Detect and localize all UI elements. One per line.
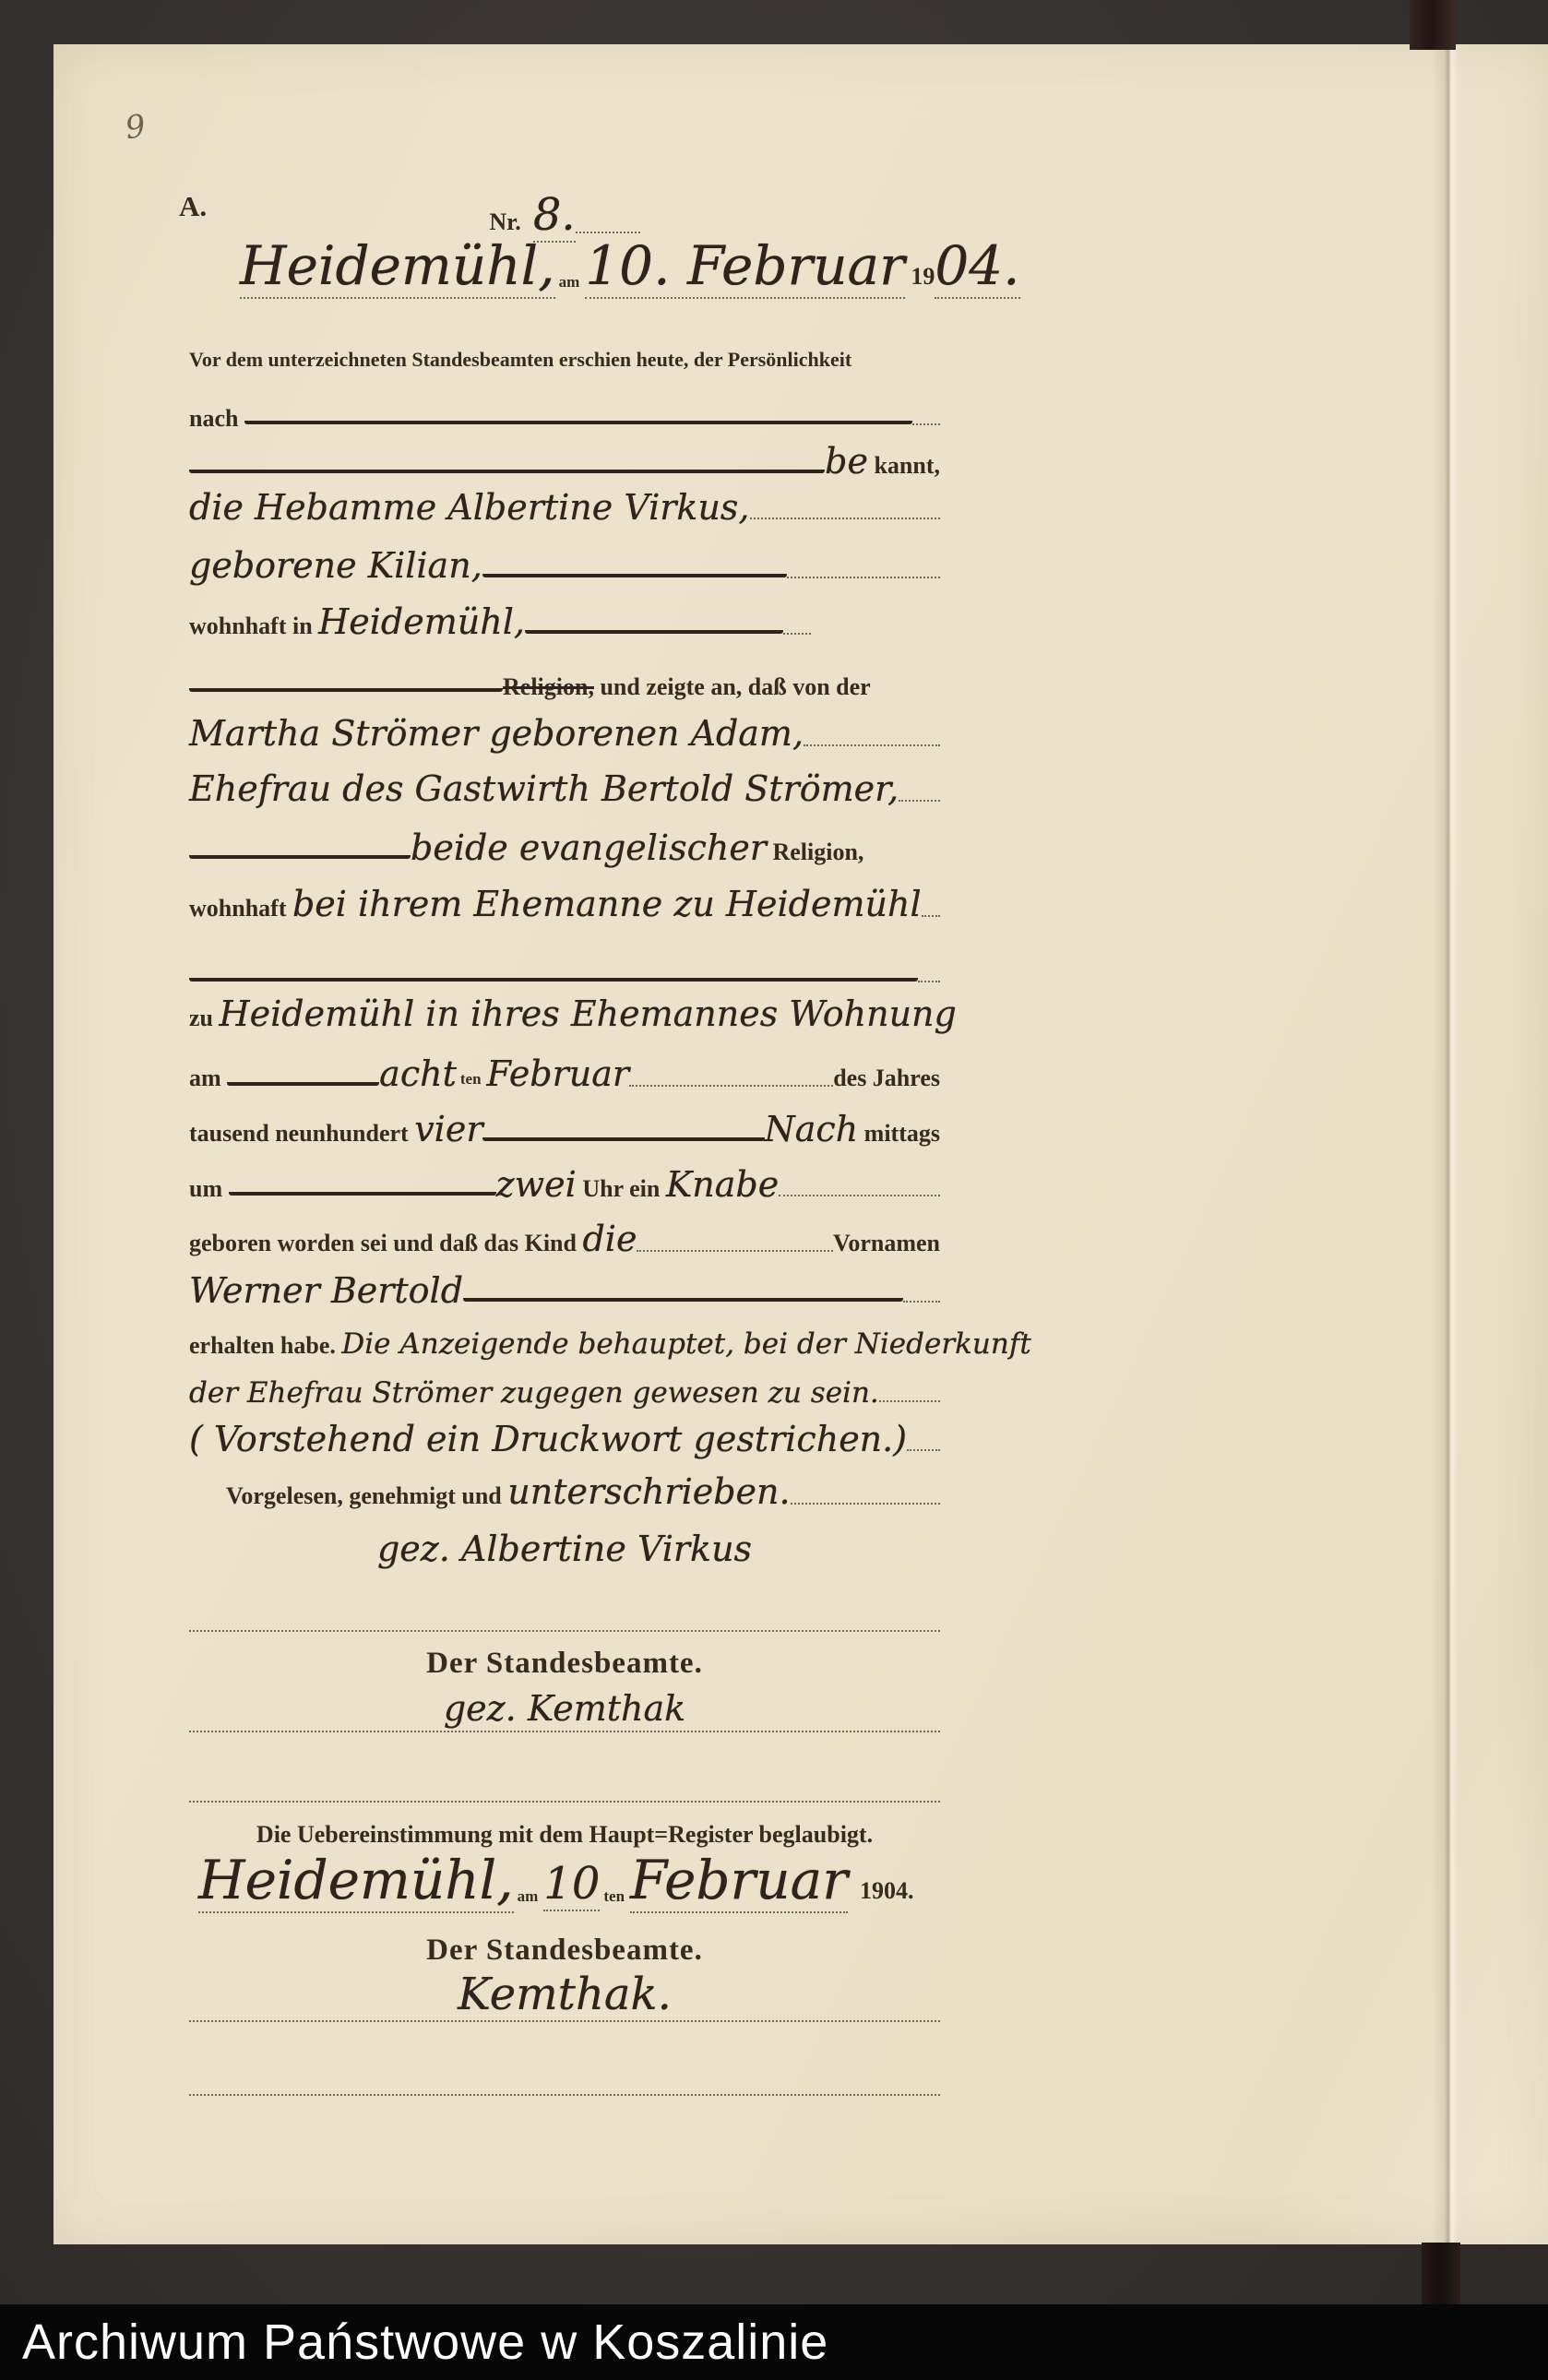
printed-text: Vorgelesen, genehmigt und (226, 1481, 507, 1512)
line-child-gender: geboren worden sei und daß das Kind dieV… (189, 1219, 940, 1261)
dotted-rule (912, 422, 940, 425)
printed-text: Nr. (489, 207, 532, 238)
printed-text: mittags (858, 1118, 940, 1149)
handwritten-text: Martha Strömer geborenen Adam, (189, 713, 804, 756)
dotted-rule (899, 798, 940, 802)
handwritten-text: ( Vorstehend ein Druckwort gestrichen.) (189, 1419, 907, 1461)
line-certification-date: Heidemühl,am10tenFebruar 1904. (189, 1850, 940, 1913)
handwritten-text: beide evangelischer (411, 827, 767, 870)
handwritten-text: 10. Februar (585, 235, 905, 299)
printed-text: wohnhaft (189, 893, 292, 924)
dotted-rule (903, 1299, 940, 1303)
ink-fill-line (229, 1188, 496, 1196)
ink-fill-line (227, 1078, 379, 1086)
line-certification: Die Uebereinstimmung mit dem Haupt=Regis… (189, 1819, 940, 1850)
line-registrar-title-1: Der Standesbeamte. (189, 1645, 940, 1683)
binding-mark-bottom (1422, 2243, 1460, 2307)
dotted-rule (804, 743, 940, 746)
handwritten-text: acht (379, 1053, 457, 1096)
dotted-rule (189, 2092, 940, 2096)
line-correction-note: ( Vorstehend ein Druckwort gestrichen.) (189, 1419, 940, 1461)
printed-text: wohnhaft in (189, 611, 318, 642)
dotted-rule (576, 230, 640, 233)
line-birthyear: tausend neunhundert vierNach mittags (189, 1109, 940, 1151)
handwritten-text: Heidemühl, (198, 1850, 514, 1913)
dotted-rule (189, 1799, 940, 1803)
binding-mark-top (1410, 0, 1456, 50)
handwritten-text: geborene Kilian, (189, 545, 482, 588)
dotted-rule (922, 913, 940, 917)
line-declarant-birthname: geborene Kilian, (189, 545, 940, 588)
printed-text: am (559, 274, 580, 290)
dotted-rule (918, 979, 940, 982)
dotted-rule (907, 1447, 940, 1451)
handwritten-text: 10 (543, 1859, 600, 1911)
corner-annotation: 9 (123, 108, 148, 148)
handwritten-text: gez. Kemthak (444, 1688, 685, 1731)
handwritten-text: die (582, 1219, 637, 1261)
ink-fill-line (244, 417, 912, 424)
ink-fill-line (189, 974, 918, 982)
dotted-rule (189, 1628, 940, 1632)
line-statement-1: erhalten habe. Die Anzeigende behauptet,… (189, 1327, 940, 1363)
printed-text: kannt, (868, 450, 940, 482)
printed-text: des Jahres (833, 1063, 940, 1094)
printed-text: Uhr ein (577, 1173, 666, 1205)
ink-fill-line (189, 684, 503, 692)
line-preamble: Vor dem unterzeichneten Standesbeamten e… (189, 347, 940, 374)
ink-fill-line (189, 851, 411, 859)
printed-text: am (189, 1063, 227, 1094)
line-rule-3 (189, 2092, 940, 2105)
handwritten-text: gez. Albertine Virkus (377, 1529, 752, 1571)
printed-text: Vor dem unterzeichneten Standesbeamten e… (189, 347, 851, 374)
ink-fill-line (463, 1294, 903, 1302)
handwritten-text: Kemthak. (458, 1969, 672, 2020)
ink-fill-line (482, 570, 787, 577)
handwritten-text: 04. (935, 235, 1019, 299)
dotted-rule (787, 575, 940, 578)
printed-text: nach (189, 403, 244, 434)
dotted-rule (783, 631, 811, 635)
printed-text: Der Standesbeamte. (426, 1932, 703, 1969)
printed-text: zu (189, 1003, 220, 1034)
handwritten-text: Heidemühl in ihres Ehemannes Wohnung (220, 994, 957, 1036)
handwritten-text: Knabe (666, 1164, 779, 1207)
printed-text: und zeigte an, daß von der (594, 672, 871, 703)
document-page: 9 A. Nr. 8.Heidemühl,am10. Februar 1904.… (54, 44, 1548, 2244)
handwritten-text: be (825, 441, 868, 483)
ink-fill-line (482, 1134, 764, 1141)
printed-text: Religion, (767, 837, 863, 868)
handwritten-text: Die Anzeigende behauptet, bei der Nieder… (341, 1327, 1030, 1363)
archive-label: Archiwum Państwowe w Koszalinie (0, 2314, 828, 2371)
line-signature-registrar-2: Kemthak. (189, 1969, 940, 2022)
ink-fill-line (189, 466, 825, 473)
line-rule-1 (189, 1628, 940, 1641)
document-content: Nr. 8.Heidemühl,am10. Februar 1904.Vor d… (189, 184, 940, 2105)
line-approval: Vorgelesen, genehmigt und unterschrieben… (189, 1471, 940, 1514)
printed-text: tausend neunhundert (189, 1118, 414, 1149)
line-mother-residence: wohnhaft bei ihrem Ehemanne zu Heidemühl (189, 884, 940, 926)
line-declarant: die Hebamme Albertine Virkus, (189, 487, 940, 530)
photo-background: 9 A. Nr. 8.Heidemühl,am10. Februar 1904.… (0, 0, 1548, 2380)
line-mother-husband: Ehefrau des Gastwirth Bertold Strömer, (189, 768, 940, 811)
printed-text: am (518, 1888, 539, 1904)
dotted-rule (637, 1248, 832, 1252)
handwritten-text: Heidemühl, (318, 601, 525, 644)
line-mother: Martha Strömer geborenen Adam, (189, 713, 940, 756)
handwritten-text: unterschrieben. (507, 1471, 790, 1514)
archive-watermark-bar: Archiwum Państwowe w Koszalinie (0, 2304, 1548, 2380)
line-birthplace: zu Heidemühl in ihres Ehemannes Wohnung (189, 994, 940, 1036)
handwritten-text: die Hebamme Albertine Virkus, (189, 487, 750, 530)
dotted-rule (879, 1398, 940, 1402)
printed-text: geboren worden sei und daß das Kind (189, 1228, 582, 1259)
printed-text: Die Uebereinstimmung mit dem Haupt=Regis… (256, 1819, 873, 1850)
handwritten-text: der Ehefrau Strömer zugegen gewesen zu s… (189, 1375, 879, 1411)
ink-fill-line (525, 626, 783, 634)
printed-text: 19 (905, 261, 935, 292)
handwritten-text: Nach (765, 1109, 859, 1151)
line-birthtime: um zwei Uhr ein Knabe (189, 1164, 940, 1207)
printed-text: um (189, 1173, 229, 1205)
line-religion-entry: beide evangelischer Religion, (189, 827, 940, 870)
line-residence: wohnhaft in Heidemühl, (189, 601, 940, 644)
line-signature-registrar-1: gez. Kemthak (189, 1688, 940, 1732)
handwritten-text: Heidemühl, (240, 235, 555, 299)
printed-text: Religion, (503, 672, 594, 703)
line-blank-rule (189, 974, 940, 992)
line-nach: nach (189, 403, 940, 434)
line-bekannt: be kannt, (189, 441, 940, 483)
line-religion-struck: Religion, und zeigte an, daß von der (189, 672, 940, 703)
dotted-rule (779, 1193, 940, 1196)
dotted-rule (791, 1501, 940, 1505)
handwritten-text: Werner Bertold (189, 1270, 463, 1313)
handwritten-text: Februar (487, 1053, 630, 1096)
handwritten-text: bei ihrem Ehemanne zu Heidemühl (292, 884, 922, 926)
page-fold (1432, 44, 1463, 2244)
dotted-rule (750, 516, 941, 519)
printed-text: Vornamen (833, 1228, 940, 1259)
handwritten-text: Ehefrau des Gastwirth Bertold Strömer, (189, 768, 899, 811)
handwritten-text: Februar (630, 1850, 848, 1913)
line-rule-2 (189, 1799, 940, 1812)
printed-text: Der Standesbeamte. (426, 1645, 703, 1683)
line-child-names: Werner Bertold (189, 1270, 940, 1313)
line-statement-2: der Ehefrau Strömer zugegen gewesen zu s… (189, 1375, 940, 1411)
printed-text: ten (603, 1888, 625, 1904)
printed-text: erhalten habe. (189, 1330, 341, 1362)
line-birthday: am achttenFebruardes Jahres (189, 1053, 940, 1096)
line-place-and-date: Heidemühl,am10. Februar 1904. (189, 235, 940, 299)
handwritten-text: zwei (496, 1164, 577, 1207)
handwritten-text: vier (414, 1109, 482, 1151)
line-registrar-title-2: Der Standesbeamte. (189, 1932, 940, 1969)
printed-text: ten (460, 1071, 482, 1087)
printed-text: 1904. (848, 1875, 914, 1907)
line-signature-declarant: gez. Albertine Virkus (189, 1529, 940, 1571)
dotted-rule (629, 1083, 833, 1087)
